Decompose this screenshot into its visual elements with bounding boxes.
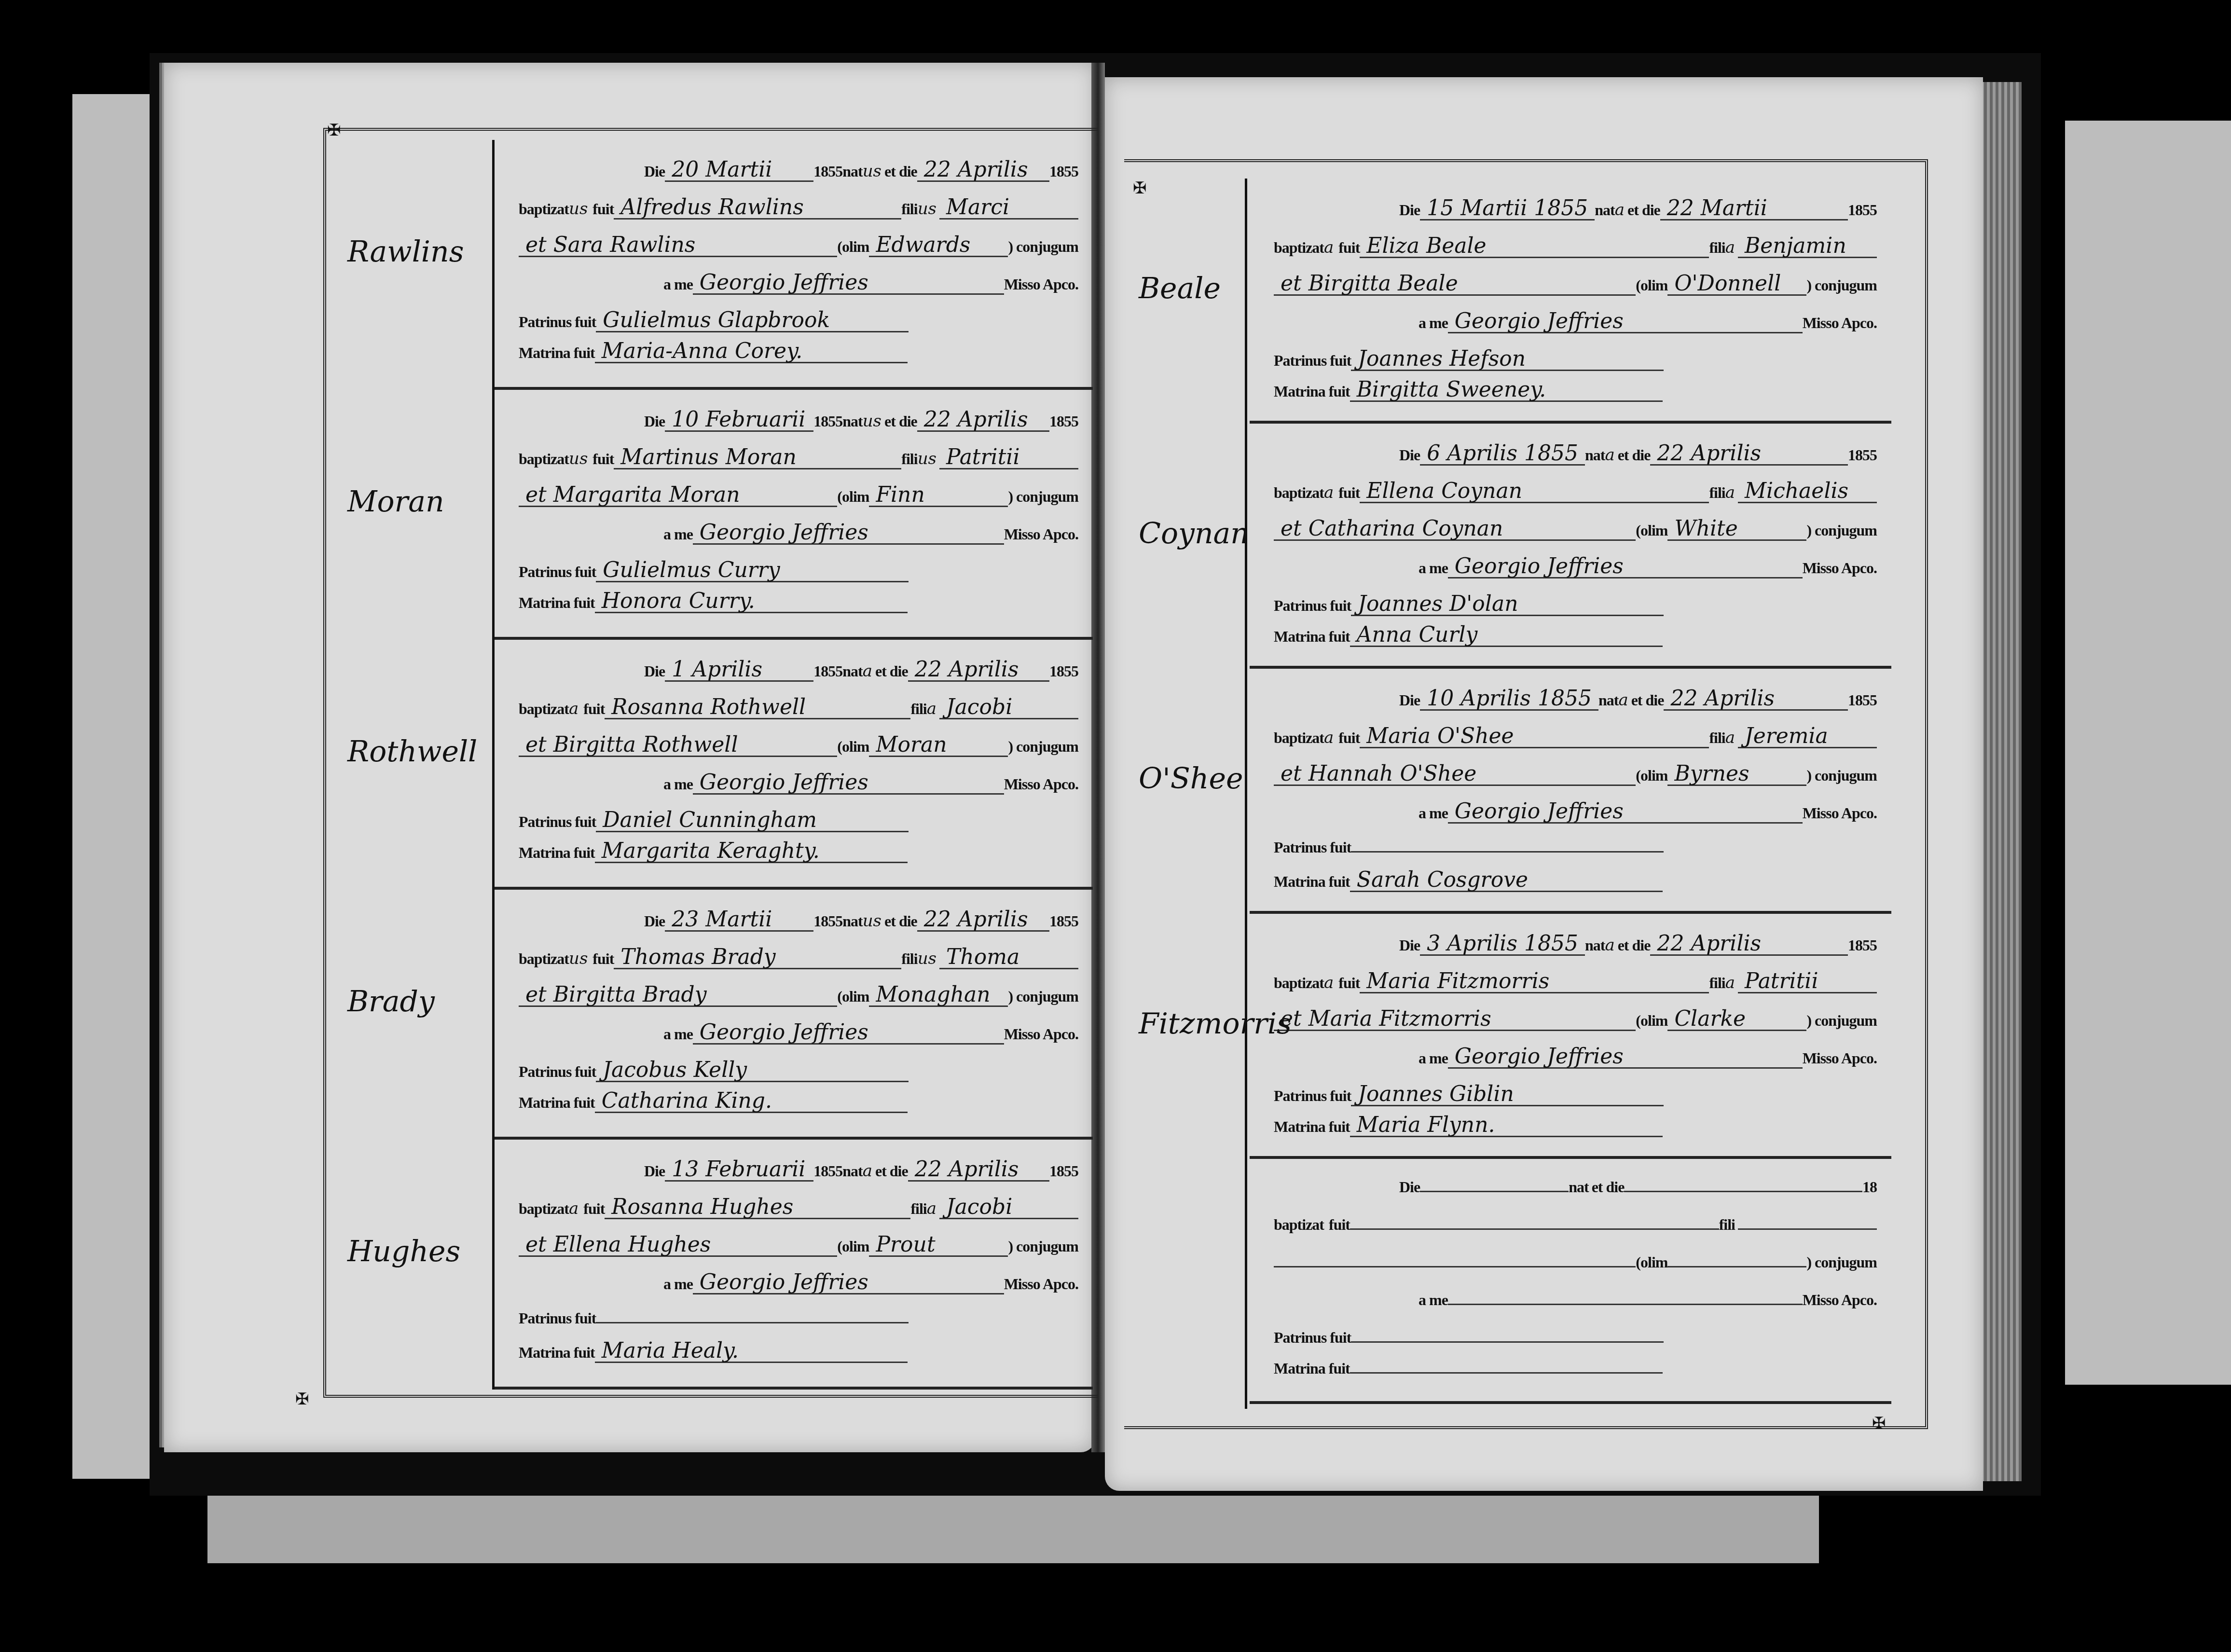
misso-label: Misso Apco. xyxy=(1803,1291,1877,1309)
fili-label: fili xyxy=(910,700,926,718)
a-me-label: a me xyxy=(663,775,693,793)
et-die-label: et die xyxy=(884,163,917,180)
maiden-name: Edwards xyxy=(869,234,1008,257)
film-background-right xyxy=(2065,121,2231,1385)
baptism-record: Die 23 Martii 1855 natus et die 22 April… xyxy=(495,890,1093,1140)
date-line: Die 13 Februarii 1855 nata et die 22 Apr… xyxy=(519,1159,1078,1197)
baptism-date: 22 Aprilis xyxy=(908,659,1049,682)
mother-name: et Catharina Coynan xyxy=(1274,518,1636,541)
margin-surname: Fitzmorris xyxy=(1139,1007,1292,1041)
birth-date: 15 Martii 1855 xyxy=(1420,198,1595,220)
priest-name: Georgio Jeffries xyxy=(693,1022,1004,1045)
mother-line: et Birgitta Beale (olim O'Donnell ) conj… xyxy=(1274,273,1877,311)
child-line: baptizatus fuit Thomas Brady filius Thom… xyxy=(519,947,1078,984)
maiden-name: Clarke xyxy=(1667,1008,1806,1031)
baptism-record: Die 10 Februarii 1855 natus et die 22 Ap… xyxy=(495,390,1093,640)
child-name: Maria Fitzmorris xyxy=(1360,971,1709,993)
conjugum-label: ) conjugum xyxy=(1008,1238,1078,1255)
priest-line: a me Georgio Jeffries Misso Apco. xyxy=(519,1022,1078,1060)
olim-label: (olim xyxy=(1636,767,1667,785)
fili-label: fili xyxy=(1719,1216,1735,1234)
matrina-label: Matrina fuit xyxy=(519,1344,595,1362)
date-line: Die nat et die 18 xyxy=(1274,1178,1877,1216)
olim-label: (olim xyxy=(1636,1253,1667,1271)
patrinus-label: Patrinus fuit xyxy=(1274,839,1351,856)
et-die-label: et die xyxy=(1618,446,1651,464)
conjugum-label: ) conjugum xyxy=(1008,238,1078,256)
margin-surname: Coynan xyxy=(1139,517,1249,551)
misso-label: Misso Apco. xyxy=(1803,804,1877,822)
priest-line: a me Georgio Jeffries Misso Apco. xyxy=(1274,1046,1877,1084)
margin-surname: Rawlins xyxy=(347,235,464,269)
godfather-name: Gulielmus Curry xyxy=(596,560,909,582)
godmother-name: Birgitta Sweeney. xyxy=(1350,379,1663,402)
birth-date: 10 Aprilis 1855 xyxy=(1420,688,1598,711)
corner-cross-icon: ✠ xyxy=(1872,1414,1886,1433)
baptizat-label: baptizat xyxy=(1274,484,1324,502)
maiden-name xyxy=(1667,1266,1806,1267)
priest-line: a me Misso Apco. xyxy=(1274,1291,1877,1329)
fili-suffix: a xyxy=(927,701,939,717)
conjugum-label: ) conjugum xyxy=(1806,1253,1877,1271)
priest-name xyxy=(1448,1304,1803,1305)
mother-line: (olim ) conjugum xyxy=(1274,1253,1877,1291)
godfather-line: Patrinus fuit Jacobus Kelly xyxy=(519,1060,1078,1090)
baptism-record: Die 1 Aprilis 1855 nata et die 22 Aprili… xyxy=(495,640,1093,890)
godmother-line: Matrina fuit Maria Healy. xyxy=(519,1340,1078,1371)
patrinus-label: Patrinus fuit xyxy=(519,1309,596,1327)
fili-suffix: a xyxy=(1725,975,1738,991)
misso-label: Misso Apco. xyxy=(1803,314,1877,332)
birth-date: 13 Februarii xyxy=(665,1159,813,1182)
father-name: Patritii xyxy=(939,447,1078,469)
a-me-label: a me xyxy=(663,275,693,293)
fuit-label: fuit xyxy=(1338,484,1360,502)
fuit-label: fuit xyxy=(1329,1216,1350,1234)
fili-suffix: us xyxy=(918,201,939,217)
priest-line: a me Georgio Jeffries Misso Apco. xyxy=(519,272,1078,310)
fili-label: fili xyxy=(901,950,917,968)
fili-label: fili xyxy=(1709,974,1725,992)
godfather-name xyxy=(596,1322,909,1323)
priest-name: Georgio Jeffries xyxy=(693,1272,1004,1294)
godfather-line: Patrinus fuit xyxy=(1274,1329,1877,1360)
godfather-line: Patrinus fuit Joannes Hefson xyxy=(1274,348,1877,379)
baptizat-label: baptizat xyxy=(1274,1216,1324,1234)
godmother-line: Matrina fuit Catharina King. xyxy=(519,1090,1078,1121)
maiden-name: Byrnes xyxy=(1667,763,1806,786)
olim-label: (olim xyxy=(837,1238,869,1255)
misso-label: Misso Apco. xyxy=(1004,1275,1078,1293)
fili-label: fili xyxy=(1709,239,1725,257)
nat-suffix: a xyxy=(1615,202,1627,218)
godmother-name: Honora Curry. xyxy=(595,591,908,613)
misso-label: Misso Apco. xyxy=(1004,275,1078,293)
nat-suffix: us xyxy=(863,913,884,929)
matrina-label: Matrina fuit xyxy=(519,844,595,862)
baptism-date: 22 Aprilis xyxy=(1650,933,1848,956)
father-name: Benjamin xyxy=(1738,235,1877,258)
mother-name: et Maria Fitzmorris xyxy=(1274,1008,1636,1031)
priest-line: a me Georgio Jeffries Misso Apco. xyxy=(1274,556,1877,593)
nat-label: nat xyxy=(1569,1178,1588,1196)
maiden-name: White xyxy=(1667,518,1806,541)
godfather-name: Jacobus Kelly xyxy=(596,1060,909,1082)
godfather-name: Joannes Hefson xyxy=(1351,348,1664,371)
matrina-label: Matrina fuit xyxy=(519,344,595,362)
patrinus-label: Patrinus fuit xyxy=(519,563,596,581)
godfather-name: Daniel Cunningham xyxy=(596,810,909,832)
father-name: Michaelis xyxy=(1738,481,1877,503)
mother-name: et Birgitta Beale xyxy=(1274,273,1636,296)
date-line: Die 10 Aprilis 1855 nata et die 22 April… xyxy=(1274,688,1877,726)
corner-cross-icon: ✠ xyxy=(295,1390,309,1409)
godmother-name: Anna Curly xyxy=(1350,624,1663,647)
die-label: Die xyxy=(644,662,665,680)
olim-label: (olim xyxy=(1636,276,1667,294)
child-name: Alfredus Rawlins xyxy=(614,197,901,220)
mother-line: et Hannah O'Shee (olim Byrnes ) conjugum xyxy=(1274,763,1877,801)
father-name: Thoma xyxy=(939,947,1078,969)
child-name: Rosanna Hughes xyxy=(605,1197,910,1219)
margin-surname: O'Shee xyxy=(1139,762,1243,796)
godmother-name: Maria Flynn. xyxy=(1350,1115,1663,1137)
conjugum-label: ) conjugum xyxy=(1008,738,1078,756)
patrinus-label: Patrinus fuit xyxy=(1274,1329,1351,1347)
die-label: Die xyxy=(644,163,665,180)
fili-suffix: a xyxy=(927,1200,939,1217)
nat-label: nat xyxy=(1585,936,1605,954)
godmother-line: Matrina fuit Birgitta Sweeney. xyxy=(1274,379,1877,410)
fili-suffix: a xyxy=(1725,484,1738,501)
die-label: Die xyxy=(644,413,665,430)
die-label: Die xyxy=(1399,691,1420,709)
matrina-label: Matrina fuit xyxy=(1274,1360,1350,1377)
nat-label: nat xyxy=(842,662,862,680)
nat-label: nat xyxy=(1598,691,1618,709)
maiden-name: Monaghan xyxy=(869,984,1008,1007)
matrina-label: Matrina fuit xyxy=(519,594,595,612)
a-me-label: a me xyxy=(663,1025,693,1043)
baptism-year: 1855 xyxy=(1049,1162,1078,1180)
bapt-suffix: a xyxy=(1324,484,1338,501)
godmother-line: Matrina fuit Maria Flynn. xyxy=(1274,1115,1877,1145)
olim-label: (olim xyxy=(837,738,869,756)
birth-date: 3 Aprilis 1855 xyxy=(1420,933,1585,956)
baptism-date: 22 Aprilis xyxy=(908,1159,1049,1182)
nat-suffix: a xyxy=(863,1163,875,1179)
child-line: baptizat fuit fili xyxy=(1274,1216,1877,1253)
child-name: Ellena Coynan xyxy=(1360,481,1709,503)
birth-year: 1855 xyxy=(813,1162,842,1180)
die-label: Die xyxy=(644,1162,665,1180)
godmother-name: Margarita Keraghty. xyxy=(595,840,908,863)
baptism-year: 1855 xyxy=(1848,446,1877,464)
a-me-label: a me xyxy=(1418,559,1448,577)
fuit-label: fuit xyxy=(1338,239,1360,257)
child-name: Eliza Beale xyxy=(1360,235,1709,258)
fili-label: fili xyxy=(910,1200,926,1218)
die-label: Die xyxy=(1399,1178,1420,1196)
conjugum-label: ) conjugum xyxy=(1008,988,1078,1005)
mother-name: et Birgitta Rothwell xyxy=(519,734,837,757)
godfather-line: Patrinus fuit xyxy=(519,1309,1078,1340)
baptism-date: 22 Martii xyxy=(1660,198,1848,220)
baptizat-label: baptizat xyxy=(519,1200,569,1218)
matrina-label: Matrina fuit xyxy=(1274,628,1350,646)
baptism-date: 22 Aprilis xyxy=(917,909,1049,932)
baptism-year: 1855 xyxy=(1848,936,1877,954)
baptism-year: 1855 xyxy=(1848,691,1877,709)
baptizat-label: baptizat xyxy=(519,450,569,468)
a-me-label: a me xyxy=(1418,804,1448,822)
father-name: Jacobi xyxy=(939,697,1078,719)
priest-name: Georgio Jeffries xyxy=(1448,556,1803,578)
maiden-name: Finn xyxy=(869,484,1008,507)
baptism-record: Die nat et die 18 baptizat fuit fili (ol… xyxy=(1250,1159,1891,1404)
baptism-year: 1855 xyxy=(1848,201,1877,219)
olim-label: (olim xyxy=(1636,522,1667,539)
baptism-year: 1855 xyxy=(1049,413,1078,430)
margin-surname: Beale xyxy=(1139,272,1221,305)
a-me-label: a me xyxy=(663,525,693,543)
godfather-name xyxy=(1351,1341,1664,1343)
matrina-label: Matrina fuit xyxy=(519,1094,595,1112)
father-name xyxy=(1738,1228,1877,1230)
nat-suffix: a xyxy=(1605,937,1617,953)
baptism-year: 1855 xyxy=(1049,662,1078,680)
olim-label: (olim xyxy=(837,488,869,506)
fili-label: fili xyxy=(1709,729,1725,747)
patrinus-label: Patrinus fuit xyxy=(519,813,596,831)
birth-year: 1855 xyxy=(813,413,842,430)
misso-label: Misso Apco. xyxy=(1004,775,1078,793)
baptism-record: Die 10 Aprilis 1855 nata et die 22 April… xyxy=(1250,669,1891,914)
olim-label: (olim xyxy=(837,238,869,256)
baptism-record: Die 15 Martii 1855 nata et die 22 Martii… xyxy=(1250,179,1891,424)
godfather-line: Patrinus fuit Joannes Giblin xyxy=(1274,1084,1877,1115)
godfather-name: Joannes D'olan xyxy=(1351,593,1664,616)
child-line: baptizata fuit Maria O'Shee filia Jeremi… xyxy=(1274,726,1877,763)
birth-date: 6 Aprilis 1855 xyxy=(1420,443,1585,466)
matrina-label: Matrina fuit xyxy=(1274,1118,1350,1136)
birth-date: 20 Martii xyxy=(665,159,813,182)
godmother-line: Matrina fuit Sarah Cosgrove xyxy=(1274,869,1877,900)
patrinus-label: Patrinus fuit xyxy=(1274,597,1351,615)
baptism-date: 22 Aprilis xyxy=(917,159,1049,182)
baptizat-label: baptizat xyxy=(519,950,569,968)
maiden-name: Moran xyxy=(869,734,1008,757)
baptism-record: Die 6 Aprilis 1855 nata et die 22 Aprili… xyxy=(1250,424,1891,669)
father-name: Marci xyxy=(939,197,1078,220)
godmother-line: Matrina fuit Margarita Keraghty. xyxy=(519,840,1078,871)
misso-label: Misso Apco. xyxy=(1803,559,1877,577)
fili-suffix: us xyxy=(918,451,939,467)
priest-line: a me Georgio Jeffries Misso Apco. xyxy=(519,772,1078,810)
et-die-label: et die xyxy=(884,912,917,930)
a-me-label: a me xyxy=(1418,1291,1448,1309)
child-name: Martinus Moran xyxy=(614,447,901,469)
godmother-line: Matrina fuit Honora Curry. xyxy=(519,591,1078,621)
mother-name: et Hannah O'Shee xyxy=(1274,763,1636,786)
misso-label: Misso Apco. xyxy=(1004,525,1078,543)
fuit-label: fuit xyxy=(592,200,614,218)
maiden-name: O'Donnell xyxy=(1667,273,1806,296)
mother-line: et Margarita Moran (olim Finn ) conjugum xyxy=(519,484,1078,522)
godmother-line: Matrina fuit xyxy=(1274,1360,1877,1390)
fili-suffix: a xyxy=(1725,730,1738,746)
et-die-label: et die xyxy=(884,413,917,430)
mother-line: et Sara Rawlins (olim Edwards ) conjugum xyxy=(519,234,1078,272)
nat-suffix: a xyxy=(1618,692,1631,708)
birth-date: 10 Februarii xyxy=(665,409,813,432)
child-line: baptizatus fuit Martinus Moran filius Pa… xyxy=(519,447,1078,484)
a-me-label: a me xyxy=(1418,1049,1448,1067)
nat-suffix: us xyxy=(863,413,884,429)
bapt-suffix: a xyxy=(569,1200,583,1217)
conjugum-label: ) conjugum xyxy=(1008,488,1078,506)
mother-line: et Catharina Coynan (olim White ) conjug… xyxy=(1274,518,1877,556)
baptizat-label: baptizat xyxy=(1274,239,1324,257)
nat-label: nat xyxy=(842,1162,862,1180)
baptizat-label: baptizat xyxy=(1274,729,1324,747)
godmother-line: Matrina fuit Maria-Anna Corey. xyxy=(519,341,1078,372)
priest-line: a me Georgio Jeffries Misso Apco. xyxy=(519,1272,1078,1309)
priest-name: Georgio Jeffries xyxy=(1448,1046,1803,1069)
godfather-line: Patrinus fuit Gulielmus Glapbrook xyxy=(519,310,1078,341)
birth-date: 23 Martii xyxy=(665,909,813,932)
godfather-line: Patrinus fuit Daniel Cunningham xyxy=(519,810,1078,840)
godmother-name xyxy=(1350,1372,1663,1374)
child-line: baptizatus fuit Alfredus Rawlins filius … xyxy=(519,197,1078,234)
et-die-label: et die xyxy=(875,1162,908,1180)
patrinus-label: Patrinus fuit xyxy=(1274,352,1351,370)
godfather-line: Patrinus fuit Joannes D'olan xyxy=(1274,593,1877,624)
olim-label: (olim xyxy=(1636,1012,1667,1030)
godfather-name: Gulielmus Glapbrook xyxy=(596,310,909,332)
priest-line: a me Georgio Jeffries Misso Apco. xyxy=(1274,801,1877,839)
father-name: Jeremia xyxy=(1738,726,1877,748)
priest-name: Georgio Jeffries xyxy=(1448,311,1803,333)
fuit-label: fuit xyxy=(592,450,614,468)
matrina-label: Matrina fuit xyxy=(1274,873,1350,891)
date-line: Die 15 Martii 1855 nata et die 22 Martii… xyxy=(1274,198,1877,235)
birth-date: 1 Aprilis xyxy=(665,659,813,682)
priest-line: a me Georgio Jeffries Misso Apco. xyxy=(1274,311,1877,348)
date-line: Die 20 Martii 1855 natus et die 22 April… xyxy=(519,159,1078,197)
nat-label: nat xyxy=(1595,201,1614,219)
fuit-label: fuit xyxy=(592,950,614,968)
fuit-label: fuit xyxy=(1338,729,1360,747)
godfather-name: Joannes Giblin xyxy=(1351,1084,1664,1106)
patrinus-label: Patrinus fuit xyxy=(1274,1087,1351,1105)
conjugum-label: ) conjugum xyxy=(1806,276,1877,294)
corner-cross-icon: ✠ xyxy=(327,121,341,140)
date-line: Die 6 Aprilis 1855 nata et die 22 Aprili… xyxy=(1274,443,1877,481)
et-die-label: et die xyxy=(1618,936,1651,954)
mother-name xyxy=(1274,1266,1636,1267)
baptism-date: 22 Aprilis xyxy=(1650,443,1848,466)
a-me-label: a me xyxy=(663,1275,693,1293)
date-line: Die 23 Martii 1855 natus et die 22 April… xyxy=(519,909,1078,947)
baptizat-label: baptizat xyxy=(519,200,569,218)
baptism-record: Die 20 Martii 1855 natus et die 22 April… xyxy=(495,140,1093,390)
baptizat-label: baptizat xyxy=(1274,974,1324,992)
godmother-name: Sarah Cosgrove xyxy=(1350,869,1663,892)
godfather-line: Patrinus fuit Gulielmus Curry xyxy=(519,560,1078,591)
et-die-label: et die xyxy=(1631,691,1664,709)
godfather-line: Patrinus fuit xyxy=(1274,839,1877,869)
nat-suffix: a xyxy=(1605,447,1617,463)
misso-label: Misso Apco. xyxy=(1803,1049,1877,1067)
baptism-date: 22 Aprilis xyxy=(1664,688,1848,711)
fuit-label: fuit xyxy=(583,1200,605,1218)
margin-surname: Moran xyxy=(347,485,444,519)
godmother-name: Maria Healy. xyxy=(595,1340,908,1363)
fili-label: fili xyxy=(1709,484,1725,502)
margin-surname: Rothwell xyxy=(347,735,477,769)
bapt-suffix: a xyxy=(1324,975,1338,991)
mother-name: et Ellena Hughes xyxy=(519,1234,837,1257)
birth-year: 1855 xyxy=(813,912,842,930)
nat-suffix: us xyxy=(863,163,884,179)
fili-label: fili xyxy=(901,450,917,468)
maiden-name: Prout xyxy=(869,1234,1008,1257)
date-line: Die 10 Februarii 1855 natus et die 22 Ap… xyxy=(519,409,1078,447)
fili-label: fili xyxy=(901,200,917,218)
baptism-year: 1855 xyxy=(1049,163,1078,180)
godmother-name: Maria-Anna Corey. xyxy=(595,341,908,363)
conjugum-label: ) conjugum xyxy=(1806,1012,1877,1030)
die-label: Die xyxy=(644,912,665,930)
child-line: baptizata fuit Maria Fitzmorris filia Pa… xyxy=(1274,971,1877,1008)
baptism-date: 22 Aprilis xyxy=(917,409,1049,432)
priest-line: a me Georgio Jeffries Misso Apco. xyxy=(519,522,1078,560)
fuit-label: fuit xyxy=(583,700,605,718)
margin-surname: Hughes xyxy=(347,1235,460,1268)
priest-name: Georgio Jeffries xyxy=(693,272,1004,295)
date-line: Die 3 Aprilis 1855 nata et die 22 Aprili… xyxy=(1274,933,1877,971)
patrinus-label: Patrinus fuit xyxy=(519,1063,596,1081)
bapt-suffix: a xyxy=(1324,730,1338,746)
child-name: Maria O'Shee xyxy=(1360,726,1709,748)
mother-line: et Birgitta Rothwell (olim Moran ) conju… xyxy=(519,734,1078,772)
fuit-label: fuit xyxy=(1338,974,1360,992)
father-name: Jacobi xyxy=(939,1197,1078,1219)
child-line: baptizata fuit Eliza Beale filia Benjami… xyxy=(1274,235,1877,273)
die-label: Die xyxy=(1399,201,1420,219)
nat-label: nat xyxy=(842,912,862,930)
bapt-suffix: a xyxy=(1324,239,1338,256)
conjugum-label: ) conjugum xyxy=(1806,767,1877,785)
priest-name: Georgio Jeffries xyxy=(693,522,1004,545)
a-me-label: a me xyxy=(1418,314,1448,332)
bapt-suffix: us xyxy=(569,451,592,467)
baptism-record: Die 3 Aprilis 1855 nata et die 22 Aprili… xyxy=(1250,914,1891,1159)
child-line: baptizata fuit Rosanna Hughes filia Jaco… xyxy=(519,1197,1078,1234)
mother-name: et Margarita Moran xyxy=(519,484,837,507)
margin-surname: Brady xyxy=(347,985,435,1019)
bapt-suffix: us xyxy=(569,950,592,967)
conjugum-label: ) conjugum xyxy=(1806,522,1877,539)
mother-line: et Ellena Hughes (olim Prout ) conjugum xyxy=(519,1234,1078,1272)
nat-suffix: a xyxy=(863,663,875,679)
godmother-line: Matrina fuit Anna Curly xyxy=(1274,624,1877,655)
birth-year: 1855 xyxy=(813,662,842,680)
date-line: Die 1 Aprilis 1855 nata et die 22 Aprili… xyxy=(519,659,1078,697)
patrinus-label: Patrinus fuit xyxy=(519,313,596,331)
child-name xyxy=(1350,1228,1719,1230)
